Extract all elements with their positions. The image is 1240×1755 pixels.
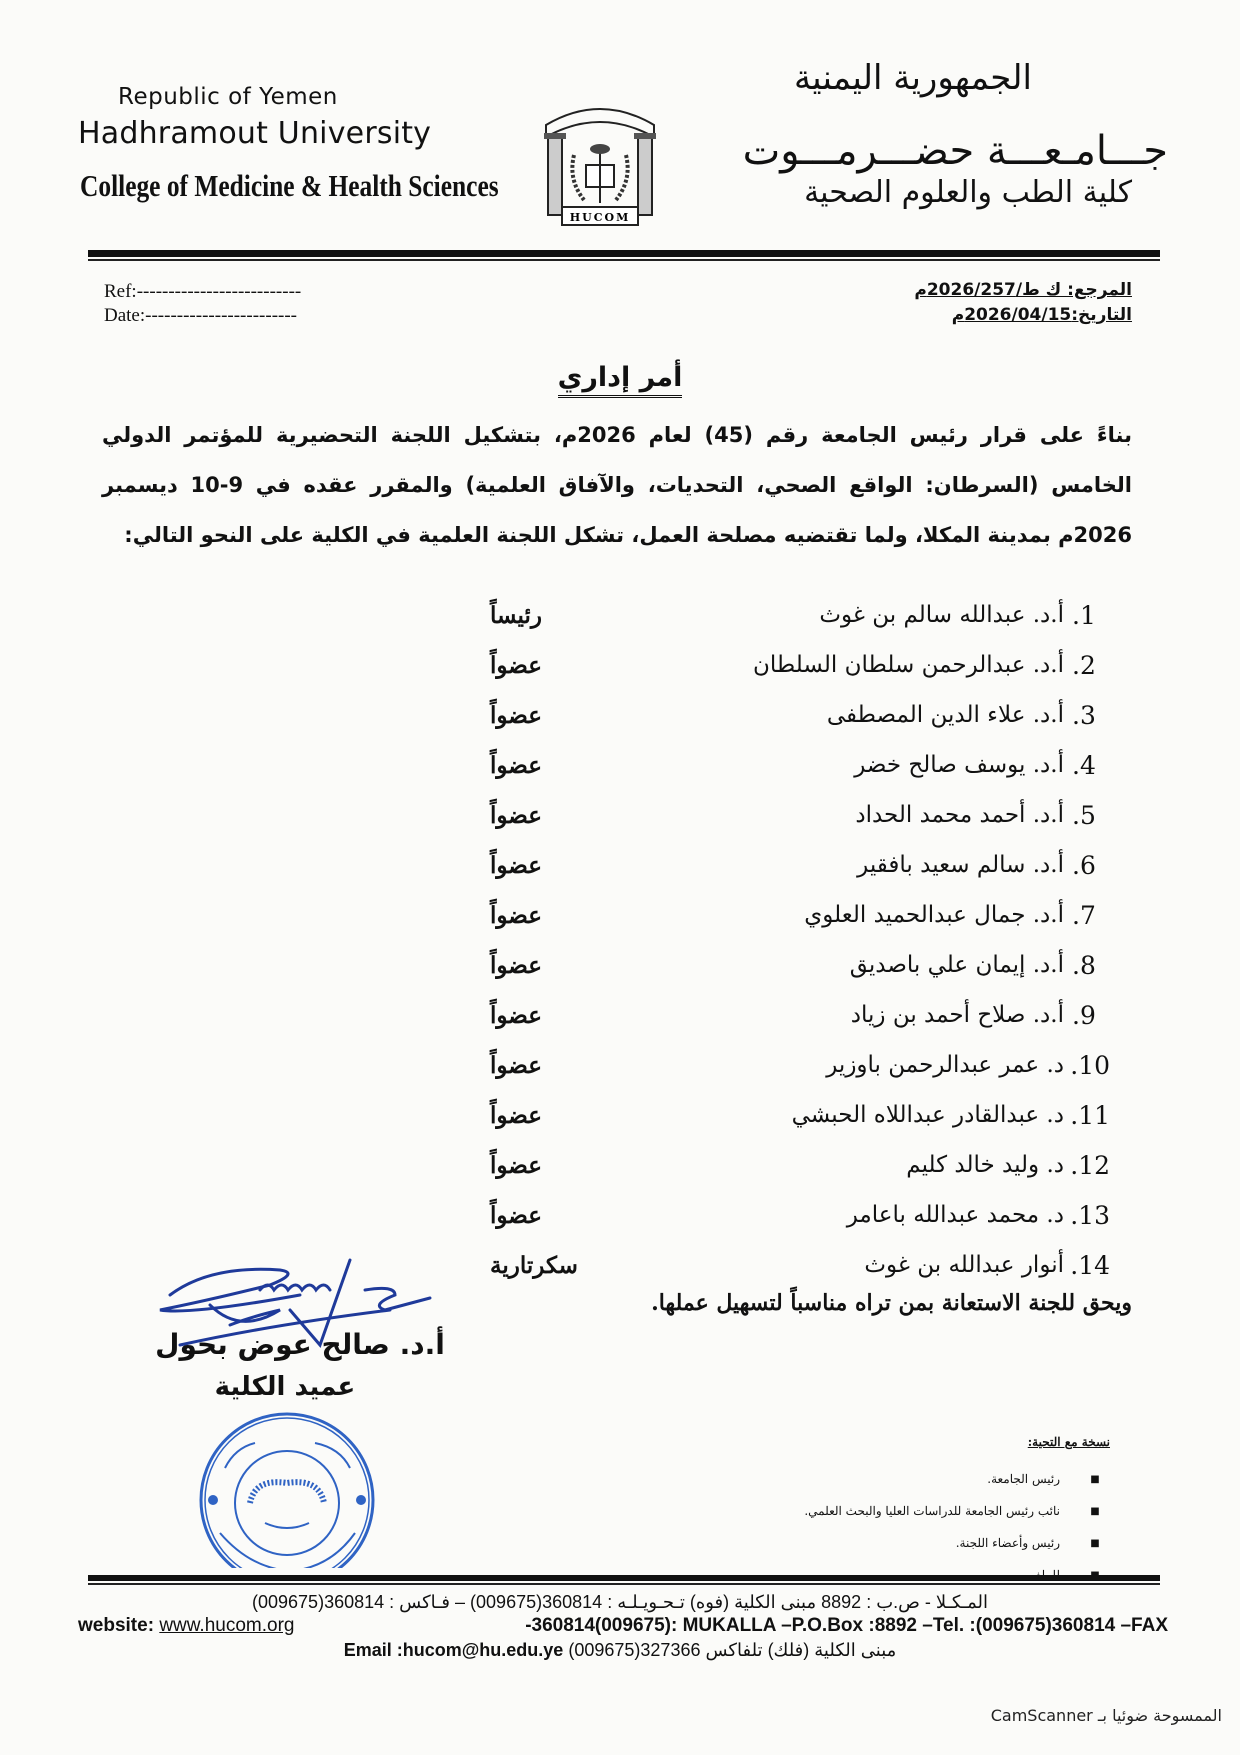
list-item: 1.أ.د. عبدالله سالم بن غوثرئيساً — [490, 590, 1110, 640]
list-item: 2.أ.د. عبدالرحمن سلطان السلطانعضواً — [490, 640, 1110, 690]
list-item: 3.أ.د. علاء الدين المصطفىعضواً — [490, 690, 1110, 740]
footer-contact-en: -360814(009675): MUKALLA –P.O.Box :8892 … — [525, 1615, 1168, 1637]
body-paragraph: بناءً على قرار رئيس الجامعة رقم (45) لعا… — [102, 410, 1132, 560]
header-university-en: Hadhramout University — [78, 116, 431, 151]
header-college-en: College of Medicine & Health Sciences — [80, 168, 499, 204]
footer-divider — [88, 1575, 1160, 1581]
list-item: 10.د. عمر عبدالرحمن باوزيرعضواً — [490, 1040, 1110, 1090]
cc-distribution-list: نسخة مع التحية: ■رئيس الجامعة. ■نائب رئي… — [804, 1435, 1110, 1591]
list-item: 14.أنوار عبدالله بن غوثسكرتارية — [490, 1240, 1110, 1290]
list-item: ■نائب رئيس الجامعة للدراسات العليا والبح… — [804, 1495, 1110, 1527]
date-field-ar: التاريخ:2026/04/15م — [952, 305, 1132, 325]
header-college-ar: كلية الطب والعلوم الصحية — [804, 175, 1132, 210]
document-title: أمر إداري — [0, 362, 1240, 393]
list-item: 7.أ.د. جمال عبدالحميد العلويعضواً — [490, 890, 1110, 940]
bullet-icon: ■ — [1080, 1474, 1110, 1485]
dean-title: عميد الكلية — [150, 1372, 420, 1402]
dean-name: أ.د. صالح عوض بحول — [150, 1328, 450, 1361]
ref-field-en: Ref:-------------------------- — [104, 281, 301, 303]
bullet-icon: ■ — [1080, 1538, 1110, 1549]
date-field-en: Date:------------------------ — [104, 305, 297, 327]
footer-email[interactable]: Email :hucom@hu.edu.ye — [344, 1640, 564, 1660]
list-item: 5.أ.د. أحمد محمد الحدادعضواً — [490, 790, 1110, 840]
header-divider — [88, 250, 1160, 257]
list-item: 4.أ.د. يوسف صالح خضرعضواً — [490, 740, 1110, 790]
list-item: 11.د. عبدالقادر عبداللاه الحبشيعضواً — [490, 1090, 1110, 1140]
header-university-ar: جـــامـعـــة حضـــرمـــوت — [743, 128, 1168, 174]
list-item: 9.أ.د. صلاح أحمد بن زيادعضواً — [490, 990, 1110, 1040]
ref-field-ar: المرجع: ك ط/2026/257م — [914, 280, 1132, 300]
footer-address-en: website: www.hucom.org -360814(009675): … — [78, 1615, 1168, 1637]
footer-website: website: www.hucom.org — [78, 1615, 294, 1637]
list-item: 8.أ.د. إيمان علي باصديقعضواً — [490, 940, 1110, 990]
closing-statement: ويحق للجنة الاستعانة بمن تراه مناسباً لت… — [651, 1290, 1132, 1316]
website-link[interactable]: www.hucom.org — [159, 1615, 294, 1636]
cc-heading: نسخة مع التحية: — [804, 1435, 1110, 1449]
list-item: 12.د. وليد خالد كليمعضواً — [490, 1140, 1110, 1190]
committee-members-list: 1.أ.د. عبدالله سالم بن غوثرئيساً 2.أ.د. … — [490, 590, 1110, 1290]
list-item: ■رئيس الجامعة. — [804, 1463, 1110, 1495]
footer-divider-thin — [88, 1583, 1160, 1585]
footer-address-ar: المـكـلا - ص.ب : 8892 مبنى الكلية (فوه) … — [0, 1592, 1240, 1613]
seal-icon — [195, 1408, 380, 1568]
university-logo: HUCOM — [540, 95, 660, 230]
bullet-icon: ■ — [1080, 1506, 1110, 1517]
hucom-logo-icon: HUCOM — [540, 95, 660, 230]
list-item: ■رئيس وأعضاء اللجنة. — [804, 1527, 1110, 1559]
list-item: 13.د. محمد عبدالله باعامرعضواً — [490, 1190, 1110, 1240]
footer-email-line: مبنى الكلية (فلك) تلفاكس 327366(009675) … — [0, 1640, 1240, 1661]
header-divider-thin — [88, 259, 1160, 261]
official-seal — [195, 1408, 380, 1568]
header-republic-ar: الجمهورية اليمنية — [794, 58, 1032, 98]
list-item: 6.أ.د. سالم سعيد بافقيرعضواً — [490, 840, 1110, 890]
header-republic-en: Republic of Yemen — [118, 84, 338, 110]
camscanner-watermark: الممسوحة ضوئيا بـ CamScanner — [991, 1706, 1222, 1725]
svg-text:HUCOM: HUCOM — [570, 211, 631, 224]
